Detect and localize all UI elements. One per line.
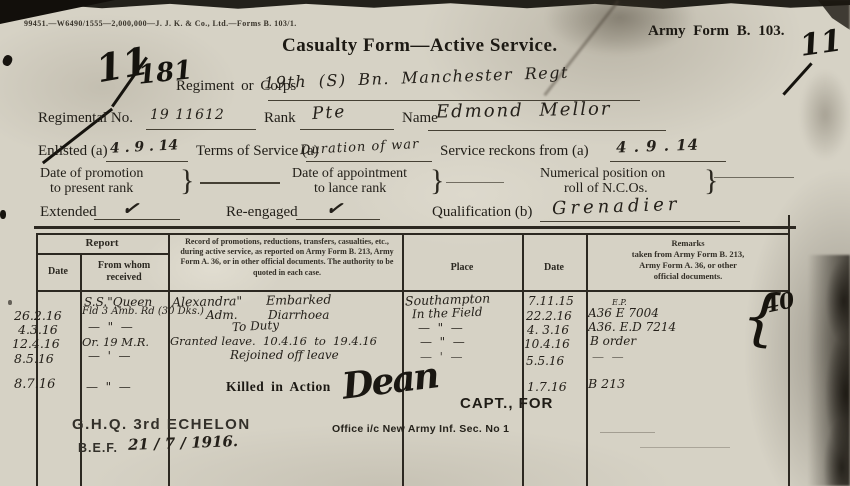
field-underline xyxy=(106,161,188,162)
report-header: Report xyxy=(36,237,168,250)
row4-date: 10.4.16 xyxy=(524,337,570,351)
promotion-label: Date of promotion to present rank xyxy=(40,166,143,197)
qualification-value: Grenadier xyxy=(552,194,681,219)
office-line: Office i/c New Army Inf. Sec. No 1 xyxy=(332,423,509,435)
place-col-header: Place xyxy=(404,262,520,274)
row4-report-date: 12.4.16 xyxy=(12,336,60,351)
row2-report-date: 26.2.16 xyxy=(14,308,62,323)
rank-value: Pte xyxy=(311,102,347,124)
field-underline xyxy=(300,129,394,130)
field-underline xyxy=(610,161,726,162)
margin-bracket-value: 40 xyxy=(762,287,797,319)
row1-date: 7.11.15 xyxy=(528,294,574,308)
appointment-label: Date of appointment to lance rank xyxy=(292,166,407,197)
row2-from: Fld 3 Amb. Rd (30 Dks.) xyxy=(82,306,204,317)
row3-remarks: A36. E.D 7214 xyxy=(588,320,676,334)
stain-right-mid xyxy=(800,70,850,160)
row4-record: Granted leave. 10.4.16 to 19.4.16 xyxy=(170,334,377,348)
regimental-no-label: Regimental No. xyxy=(38,110,133,127)
field-underline xyxy=(146,129,256,130)
ghq-stamp-date: 21 / 7 / 1916. xyxy=(128,432,239,454)
row6-report-date: 8.7.16 xyxy=(14,377,55,392)
reengaged-label: Re-engaged xyxy=(226,204,298,221)
appointment-label-line2: to lance rank xyxy=(314,181,386,196)
section-rule xyxy=(34,226,796,229)
from-col-header: From whom received xyxy=(82,260,166,283)
row4-place: — " — xyxy=(420,335,465,349)
numerical-blank-line xyxy=(714,177,794,178)
regiment-value: 19th (S) Bn. Manchester Regt xyxy=(264,63,569,93)
date2-col-header: Date xyxy=(524,262,584,274)
form-number: Army Form B. 103. xyxy=(648,23,785,40)
promotion-brace: } xyxy=(180,166,194,196)
row6-date: 1.7.16 xyxy=(527,379,567,394)
numerical-label: Numerical position on roll of N.C.Os. xyxy=(540,166,665,197)
promotion-label-line2: to present rank xyxy=(50,181,133,196)
appointment-blank-line xyxy=(446,182,504,183)
field-underline xyxy=(540,221,740,222)
torn-edge-top xyxy=(0,0,850,11)
ghq-stamp-line1: G.H.Q. 3rd ECHELON xyxy=(72,416,251,433)
row5-date: 5.5.16 xyxy=(526,354,564,368)
header-bottom-border xyxy=(36,290,790,292)
rank-label: Rank xyxy=(264,110,296,127)
qualification-label: Qualification (b) xyxy=(432,204,532,221)
numerical-label-line2: roll of N.C.Os. xyxy=(564,181,648,196)
numerical-label-line1: Numerical position on xyxy=(540,166,665,181)
row2-remarks: A36 E 7004 xyxy=(588,306,659,320)
terms-value: Duration of war xyxy=(300,137,420,158)
form-title: Casualty Form—Active Service. xyxy=(282,35,558,57)
ink-speck xyxy=(1,54,14,68)
faint-dash xyxy=(600,432,655,433)
row5-from: — ' — xyxy=(88,349,131,363)
field-underline xyxy=(306,161,432,162)
field-underline xyxy=(296,219,380,220)
reckons-label: Service reckons from (a) xyxy=(440,143,589,160)
report-underline xyxy=(36,253,170,255)
regimental-no-value: 19 11612 xyxy=(150,107,225,123)
promotion-label-line1: Date of promotion xyxy=(40,166,143,181)
row4-from: Or. 19 M.R. xyxy=(82,335,149,349)
faint-dash xyxy=(640,447,730,448)
ink-speck xyxy=(0,210,6,219)
enlisted-value: 4 . 9 . 14 xyxy=(110,137,179,157)
stain-right-edge xyxy=(808,255,850,486)
reengaged-mark: ✓ xyxy=(324,195,344,221)
row2-place: In the Field xyxy=(412,305,483,321)
col-line-date-remarks xyxy=(586,233,588,486)
ink-speck xyxy=(8,300,12,305)
row3-place: — " — xyxy=(418,321,463,335)
table-top-border xyxy=(36,233,790,235)
reckons-value: 4 . 9 . 14 xyxy=(616,136,700,157)
name-label: Name xyxy=(402,110,438,127)
capt-for-text: CAPT., FOR xyxy=(460,395,553,412)
row5-record: Rejoined off leave xyxy=(230,348,339,362)
table-right-border xyxy=(788,233,790,486)
casualty-form-scan: 99451.—W6490/1555—2,000,000—J. J. K. & C… xyxy=(0,0,850,486)
row3-date: 4. 3.16 xyxy=(527,323,569,337)
signature: Dean xyxy=(340,354,440,407)
record-col-header: Record of promotions, reductions, transf… xyxy=(176,237,398,278)
row5-report-date: 8.5.16 xyxy=(14,351,54,366)
date-col-header: Date xyxy=(36,266,80,278)
promotion-blank-line xyxy=(200,182,280,184)
row6-from: — " — xyxy=(86,380,131,394)
ghq-stamp-prefix: B.E.F. xyxy=(78,441,118,455)
row2-date: 22.2.16 xyxy=(526,309,572,323)
row6-remarks: B 213 xyxy=(588,376,625,391)
row3-report-date: 4.3.16 xyxy=(18,322,58,337)
field-underline xyxy=(428,130,666,131)
row4-remarks: B order xyxy=(590,334,636,348)
table-top-hook xyxy=(788,215,790,235)
field-underline xyxy=(94,219,180,220)
name-value: Edmond Mellor xyxy=(436,98,612,122)
corner-mark-11: 11 xyxy=(798,23,844,63)
extended-mark: ✓ xyxy=(120,195,140,221)
numerical-brace: } xyxy=(704,166,718,196)
remarks-col-header: Remarks taken from Army Form B. 213, Arm… xyxy=(590,238,786,282)
printer-reference: 99451.—W6490/1555—2,000,000—J. J. K. & C… xyxy=(24,19,297,28)
enlisted-label: Enlisted (a) xyxy=(38,143,108,160)
row3-record: To Duty xyxy=(232,318,280,334)
appointment-brace: } xyxy=(430,166,444,196)
extended-label: Extended xyxy=(40,204,97,221)
killed-in-action-stamp: Killed in Action xyxy=(226,379,331,395)
row3-from: — " — xyxy=(88,320,133,334)
row5-remarks: — — xyxy=(592,350,624,364)
appointment-label-line1: Date of appointment xyxy=(292,166,407,181)
